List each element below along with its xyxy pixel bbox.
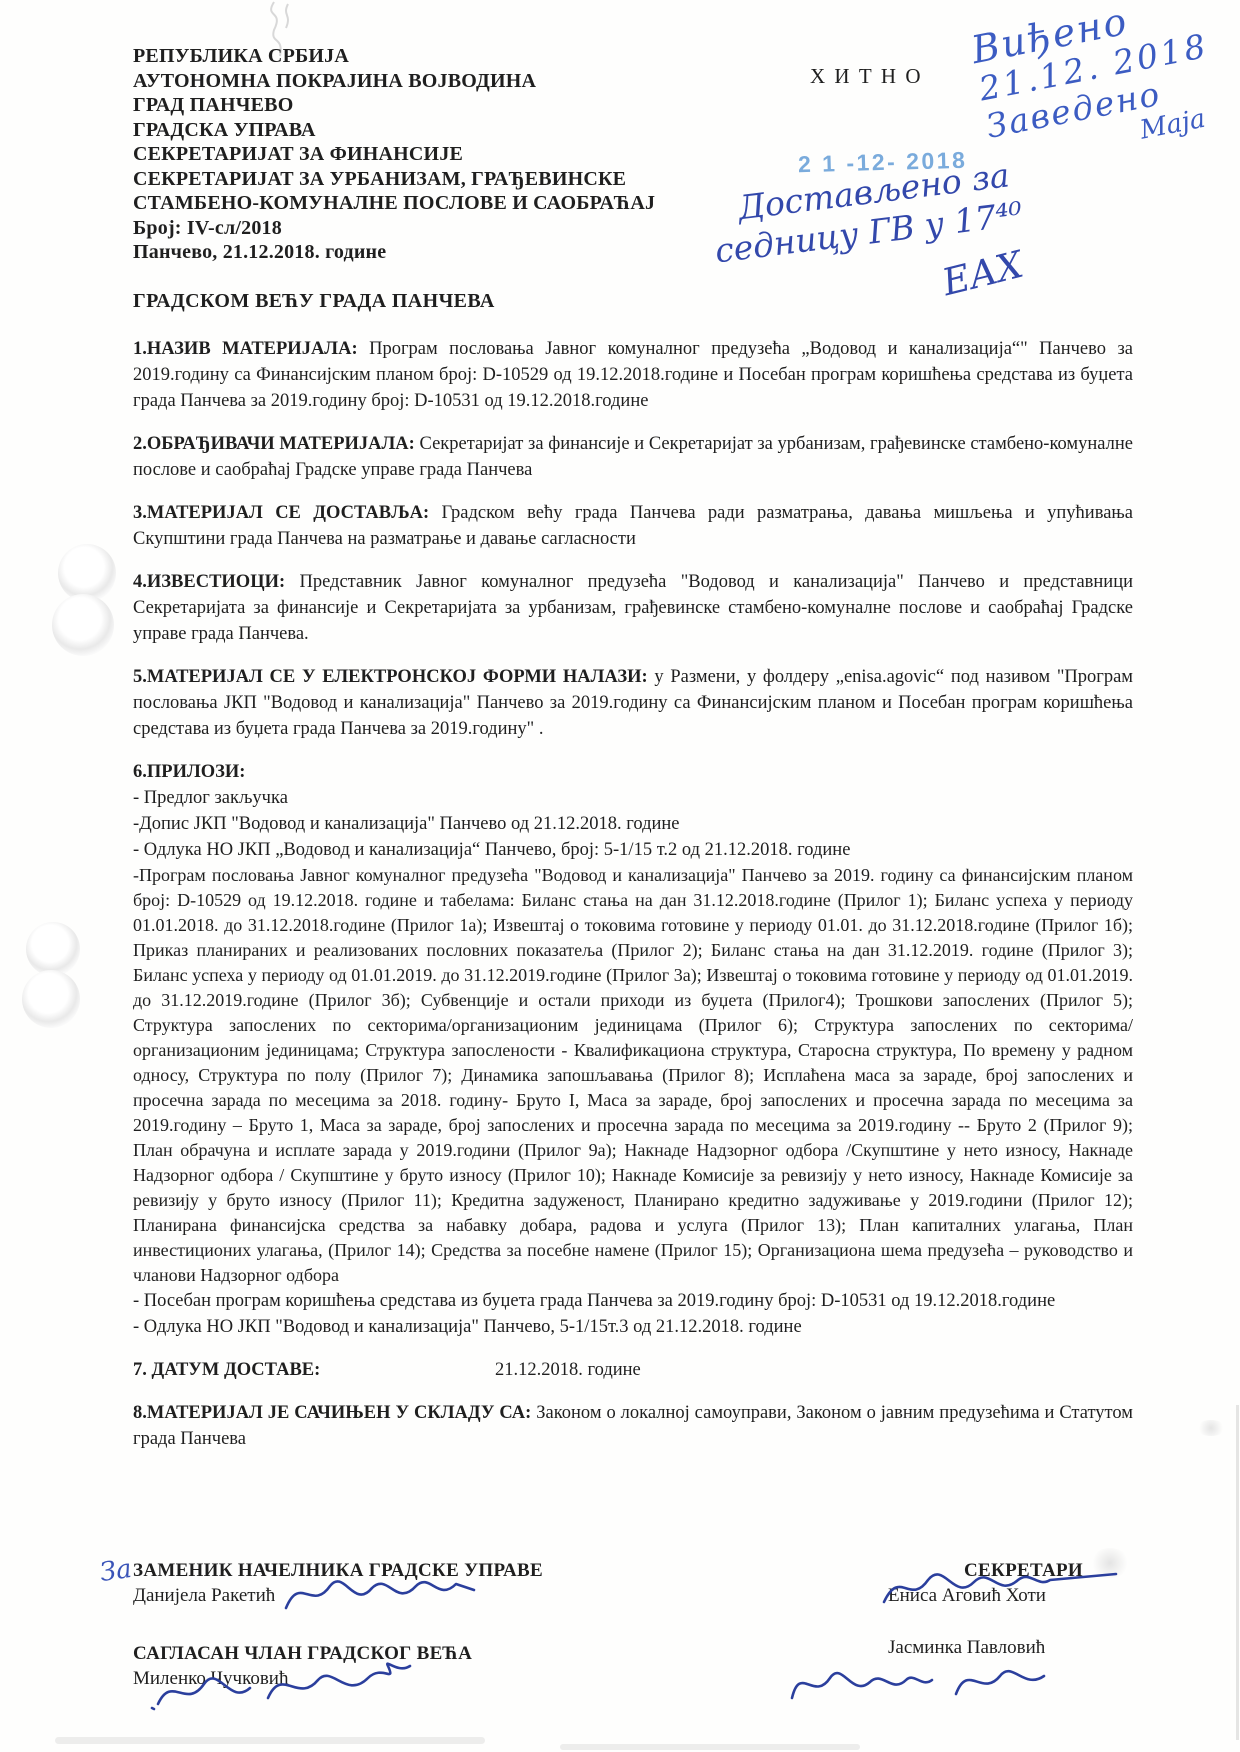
section-8: 8.МАТЕРИЈАЛ ЈЕ САЧИЊЕН У СКЛАДУ СА: Зако… [133, 1400, 1133, 1452]
signature-squiggle-agovic [870, 1558, 1120, 1612]
signature-squiggle-raketic [278, 1568, 478, 1616]
attachment-item: -Допис ЈКП "Водовод и канализација" Панч… [133, 811, 1133, 837]
document-body: 1.НАЗИВ МАТЕРИЈАЛА: Програм пословања Ја… [133, 336, 1133, 1469]
attachment-item-program: -Програм пословања Јавног комуналног пре… [133, 863, 1133, 1288]
scan-edge-line [1236, 1405, 1239, 1740]
letterhead-line: СЕКРЕТАРИЈАТ ЗА УРБАНИЗАМ, ГРАЂЕВИНСКЕ [133, 167, 655, 192]
scanned-document-page: РЕПУБЛИКА СРБИЈА АУТОНОМНА ПОКРАЈИНА ВОЈ… [0, 0, 1240, 1752]
handwritten-za: За [98, 1554, 134, 1588]
urgent-label: Х И Т Н О [810, 64, 923, 89]
section-2-label: 2.ОБРАЂИВАЧИ МАТЕРИЈАЛА: [133, 434, 415, 454]
scan-shadow [55, 1737, 485, 1744]
section-4: 4.ИЗВЕСТИОЦИ: Представник Јавног комунал… [133, 569, 1133, 647]
letterhead-line: РЕПУБЛИКА СРБИЈА [133, 44, 655, 69]
section-7-label: 7. ДАТУМ ДОСТАВЕ: [133, 1357, 495, 1383]
section-2: 2.ОБРАЂИВАЧИ МАТЕРИЈАЛА: Секретаријат за… [133, 431, 1133, 483]
attachment-item: - Посебан програм коришћења средстава из… [133, 1288, 1133, 1314]
section-8-label: 8.МАТЕРИЈАЛ ЈЕ САЧИЊЕН У СКЛАДУ СА: [133, 1403, 531, 1423]
scan-smudge [1196, 1420, 1226, 1436]
punch-hole-artifact [22, 970, 80, 1028]
attachment-item: - Одлука НО ЈКП „Водовод и канализација“… [133, 837, 1133, 863]
signature-squiggle-cuckovic [148, 1658, 413, 1714]
attachments-heading: 6.ПРИЛОЗИ: [133, 759, 1133, 785]
section-1-label: 1.НАЗИВ МАТЕРИЈАЛА: [133, 339, 358, 359]
section-7: 7. ДАТУМ ДОСТАВЕ:21.12.2018. године [133, 1357, 1133, 1383]
recipient-line: ГРАДСКОМ ВЕЋУ ГРАДА ПАНЧЕВА [133, 290, 495, 313]
section-5: 5.МАТЕРИЈАЛ СЕ У ЕЛЕКТРОНСКОЈ ФОРМИ НАЛА… [133, 664, 1133, 742]
punch-hole-artifact [52, 594, 114, 656]
letterhead-line: АУТОНОМНА ПОКРАЈИНА ВОЈВОДИНА [133, 69, 655, 94]
punch-hole-artifact [26, 922, 80, 976]
letterhead-line: СЕКРЕТАРИЈАТ ЗА ФИНАНСИЈЕ [133, 142, 655, 167]
letterhead: РЕПУБЛИКА СРБИЈА АУТОНОМНА ПОКРАЈИНА ВОЈ… [133, 44, 655, 265]
letterhead-line: ГРАД ПАНЧЕВО [133, 93, 655, 118]
handwritten-note-top: Виђено 21.12. 2018 Заведено Маја [968, 0, 1224, 173]
attachment-item: - Предлог закључка [133, 785, 1133, 811]
section-7-value: 21.12.2018. године [495, 1360, 641, 1380]
document-number: Број: IV-сл/2018 [133, 216, 655, 241]
scan-shadow [560, 1744, 860, 1750]
section-4-label: 4.ИЗВЕСТИОЦИ: [133, 572, 285, 592]
section-3: 3.МАТЕРИЈАЛ СЕ ДОСТАВЉА: Градском већу г… [133, 500, 1133, 552]
letterhead-line: ГРАДСКА УПРАВА [133, 118, 655, 143]
place-and-date: Панчево, 21.12.2018. године [133, 240, 655, 265]
section-3-label: 3.МАТЕРИЈАЛ СЕ ДОСТАВЉА: [133, 503, 429, 523]
attachment-item: - Одлука НО ЈКП "Водовод и канализација"… [133, 1314, 1133, 1340]
letterhead-line: СТАМБЕНО-КОМУНАЛНЕ ПОСЛОВЕ И САОБРАЋАЈ [133, 191, 655, 216]
section-5-label: 5.МАТЕРИЈАЛ СЕ У ЕЛЕКТРОНСКОЈ ФОРМИ НАЛА… [133, 667, 648, 687]
section-1: 1.НАЗИВ МАТЕРИЈАЛА: Програм пословања Ја… [133, 336, 1133, 414]
handwritten-initials: ЕАХ [938, 243, 1027, 304]
signature-squiggle-pavlovic [780, 1650, 1050, 1710]
